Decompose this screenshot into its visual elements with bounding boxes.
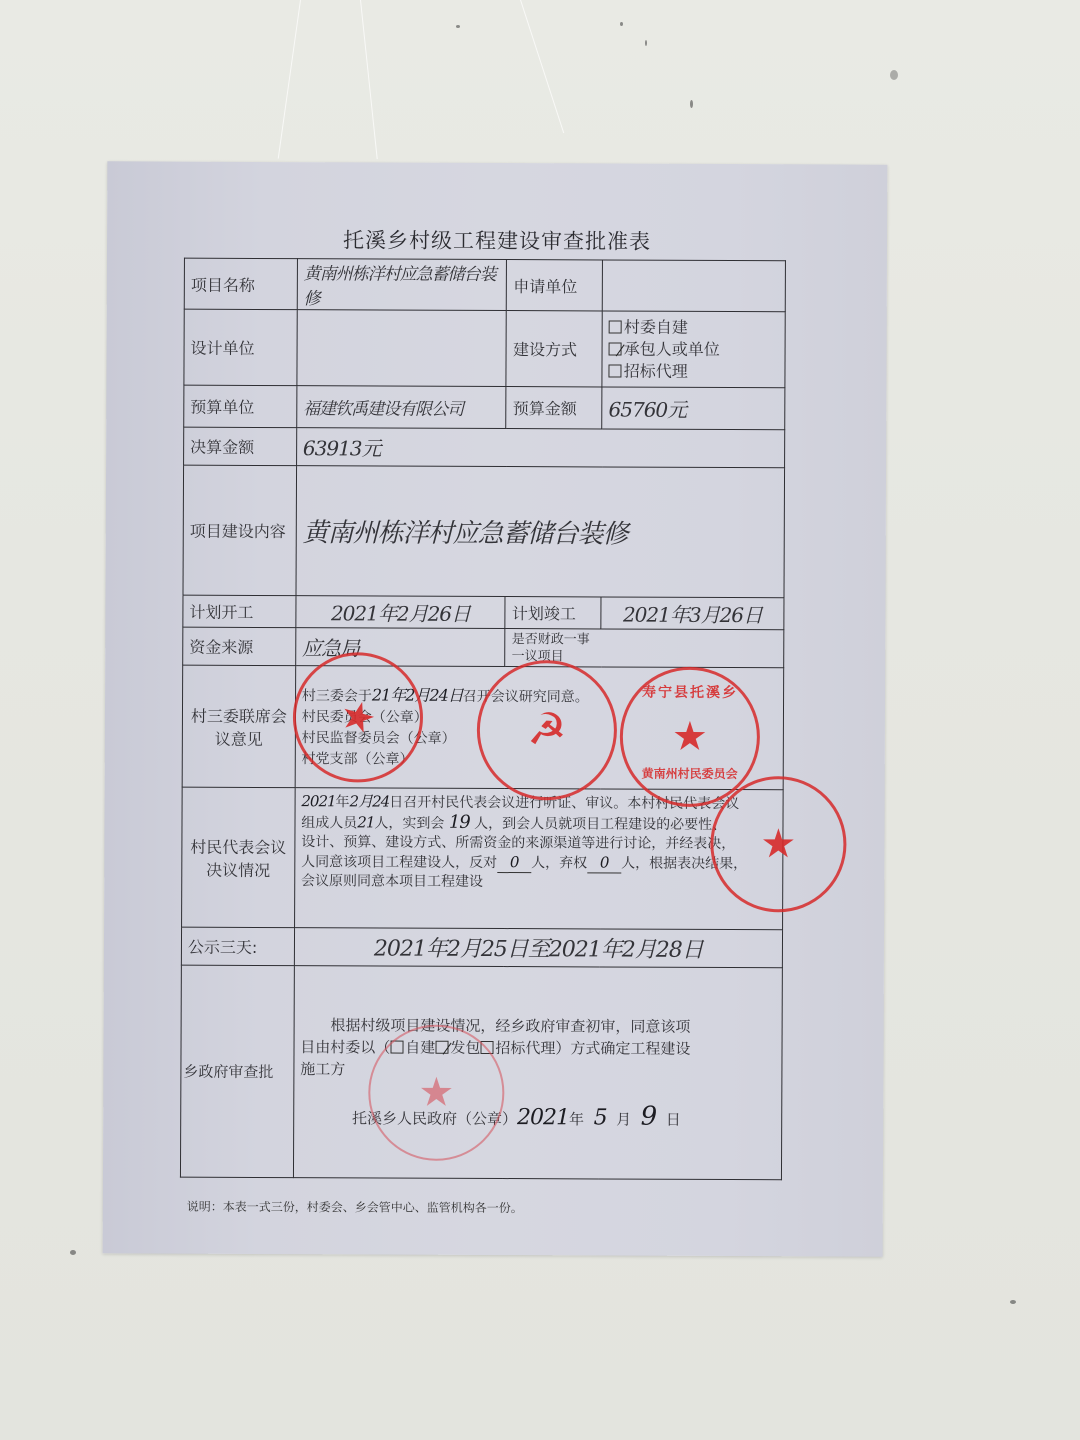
row-schedule: 计划开工 2021年2月26日 计划竣工 2021年3月26日 — [183, 595, 784, 630]
label-fund-source: 资金来源 — [183, 627, 296, 665]
checkbox-icon — [480, 1041, 493, 1054]
value-design-unit — [297, 310, 507, 387]
wall-stain — [620, 22, 623, 26]
label-content: 项目建设内容 — [183, 465, 296, 595]
wall-stain — [890, 70, 898, 80]
checkbox-icon — [390, 1041, 403, 1054]
representatives-text: 2021年2月24日召开村民代表会议进行听证、审议。本村村民代表会议 组成人员2… — [294, 788, 783, 930]
value-budget-unit: 福建钦禹建设有限公司 — [297, 386, 507, 429]
label-budget-unit: 预算单位 — [184, 385, 297, 427]
form-note: 说明：本表一式三份，村委会、乡会管中心、监管机构各一份。 — [187, 1198, 523, 1216]
township-approval-text: 根据村级项目建设情况，经乡政府审查初审，同意该项 目由村委以（自建发包招标代理）… — [293, 966, 782, 1180]
label-publicity: 公示三天: — [181, 927, 294, 965]
label-budget-amount: 预算金额 — [506, 387, 602, 429]
value-planned-finish: 2021年3月26日 — [601, 597, 784, 630]
option-bidding-agent: 招标代理 — [609, 360, 779, 383]
label-township-approval: 乡政府审查批 — [180, 965, 294, 1177]
wall-scratch — [360, 0, 378, 159]
wall-stain — [645, 40, 647, 46]
row-fund-source: 资金来源 应急局 是否财政一事一议项目 — [183, 627, 784, 668]
label-design-unit: 设计单位 — [184, 309, 297, 385]
row-representatives: 村民代表会议决议情况 2021年2月24日召开村民代表会议进行听证、审议。本村村… — [182, 787, 784, 930]
label-final-amount: 决算金额 — [184, 427, 297, 465]
label-committee-opinion: 村三委联席会议意见 — [182, 665, 295, 787]
row-content: 项目建设内容 黄南州栋洋村应急蓄储台装修 — [183, 465, 785, 598]
value-publicity: 2021年2月25日至2021年2月28日 — [294, 928, 782, 968]
value-applicant — [602, 260, 785, 312]
approval-form-paper: 托溪乡村级工程建设审查批准表 项目名称 黄南州栋洋村应急蓄储台装修 申请单位 设… — [103, 161, 888, 1256]
approval-form-table: 项目名称 黄南州栋洋村应急蓄储台装修 申请单位 设计单位 建设方式 村委自建 承… — [180, 258, 786, 1181]
label-planned-finish: 计划竣工 — [505, 597, 601, 629]
wall-scratch — [278, 0, 301, 159]
wall-stain — [70, 1250, 76, 1255]
value-content: 黄南州栋洋村应急蓄储台装修 — [296, 466, 785, 598]
row-budget: 预算单位 福建钦禹建设有限公司 预算金额 65760元 — [184, 385, 785, 430]
wall-scratch — [520, 0, 564, 133]
value-project-name: 黄南州栋洋村应急蓄储台装修 — [297, 259, 507, 311]
label-planned-start: 计划开工 — [183, 595, 296, 627]
label-applicant: 申请单位 — [507, 260, 603, 311]
wall-stain — [456, 25, 460, 28]
value-fund-source: 应急局 — [295, 628, 505, 667]
committee-opinion-text: 村三委会于21年2月24日召开会议研究同意。 村民委员会（公章） 村民监督委员会… — [295, 666, 784, 790]
construction-method-options: 村委自建 承包人或单位 招标代理 — [602, 311, 785, 388]
form-title: 托溪乡村级工程建设审查批准表 — [107, 223, 887, 256]
option-village-self-build: 村委自建 — [609, 316, 779, 339]
row-township-approval: 乡政府审查批 根据村级项目建设情况，经乡政府审查初审，同意该项 目由村委以（自建… — [180, 965, 782, 1180]
value-budget-amount: 65760元 — [602, 387, 785, 430]
checkbox-icon — [609, 364, 622, 377]
row-project-name: 项目名称 黄南州栋洋村应急蓄储台装修 申请单位 — [184, 258, 785, 312]
checked-checkbox-icon — [609, 342, 622, 355]
wall-stain — [690, 100, 693, 108]
value-fiscal-item — [601, 629, 784, 668]
checkbox-icon — [609, 320, 622, 333]
label-construction-method: 建设方式 — [506, 311, 602, 387]
row-committee-opinion: 村三委联席会议意见 村三委会于21年2月24日召开会议研究同意。 村民委员会（公… — [182, 665, 784, 790]
wall-stain — [1010, 1300, 1016, 1304]
checked-checkbox-icon — [435, 1041, 448, 1054]
row-final-amount: 决算金额 63913元 — [184, 427, 785, 468]
row-publicity: 公示三天: 2021年2月25日至2021年2月28日 — [181, 927, 782, 968]
label-representatives: 村民代表会议决议情况 — [182, 787, 295, 927]
value-planned-start: 2021年2月26日 — [296, 596, 506, 629]
row-design-unit: 设计单位 建设方式 村委自建 承包人或单位 招标代理 — [184, 309, 785, 388]
label-fiscal-item: 是否财政一事一议项目 — [505, 629, 601, 667]
value-final-amount: 63913元 — [296, 428, 784, 468]
township-signature-line: 托溪乡人民政府（公章）2021年 5 月 9 日 — [300, 1104, 775, 1131]
label-project-name: 项目名称 — [184, 258, 297, 309]
option-contractor: 承包人或单位 — [609, 338, 779, 361]
